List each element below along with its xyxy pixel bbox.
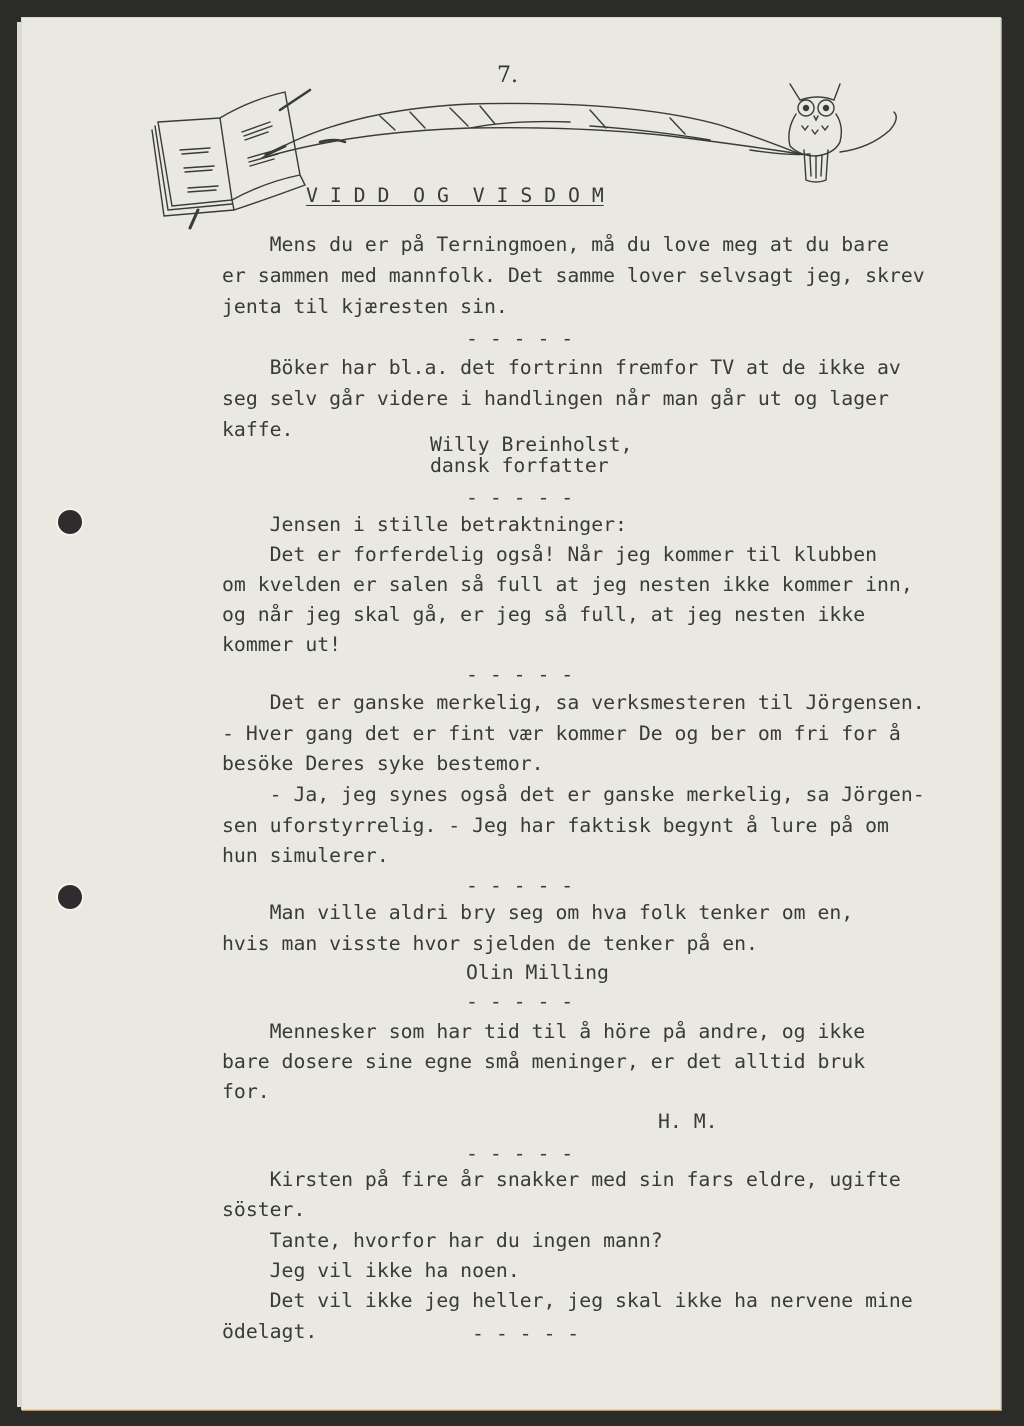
separator: - - - - - bbox=[466, 1142, 573, 1166]
text-line: jenta til kjæresten sin. bbox=[222, 295, 508, 319]
page-number: 7. bbox=[497, 64, 518, 88]
text-line: er sammen med mannfolk. Det samme lover … bbox=[222, 264, 925, 288]
text-line: Böker har bl.a. det fortrinn fremfor TV … bbox=[222, 356, 901, 380]
text-line: for. bbox=[222, 1080, 270, 1104]
text-line: ödelagt. bbox=[222, 1320, 317, 1344]
text-line: bare dosere sine egne små meninger, er d… bbox=[222, 1050, 865, 1074]
text-line: Jensen i stille betraktninger: bbox=[222, 513, 627, 537]
separator: - - - - - bbox=[466, 990, 573, 1014]
text-line: Kirsten på fire år snakker med sin fars … bbox=[222, 1168, 901, 1192]
attribution: dansk forfatter bbox=[430, 454, 609, 478]
text-line: sen uforstyrrelig. - Jeg har faktisk beg… bbox=[222, 814, 889, 838]
text-line: kommer ut! bbox=[222, 633, 341, 657]
text-line: Mennesker som har tid til å höre på andr… bbox=[222, 1020, 865, 1044]
text-line: Det vil ikke jeg heller, jeg skal ikke h… bbox=[222, 1289, 913, 1313]
text-line: besöke Deres syke bestemor. bbox=[222, 752, 544, 776]
text-line: seg selv går videre i handlingen når man… bbox=[222, 387, 889, 411]
text-line: - Ja, jeg synes også det er ganske merke… bbox=[222, 783, 925, 807]
separator: - - - - - bbox=[466, 663, 573, 687]
text-line: om kvelden er salen så full at jeg neste… bbox=[222, 573, 913, 597]
text-line: hvis man visste hvor sjelden de tenker p… bbox=[222, 932, 758, 956]
text-line: Det er ganske merkelig, sa verksmesteren… bbox=[222, 691, 925, 715]
text-line: Jeg vil ikke ha noen. bbox=[222, 1259, 520, 1283]
text-line: - Hver gang det er fint vær kommer De og… bbox=[222, 722, 901, 746]
text-line: Det er forferdelig også! Når jeg kommer … bbox=[222, 543, 877, 567]
text-line: hun simulerer. bbox=[222, 844, 389, 868]
text-line: Man ville aldri bry seg om hva folk tenk… bbox=[222, 901, 853, 925]
text-line: söster. bbox=[222, 1198, 305, 1222]
separator: - - - - - bbox=[472, 1322, 579, 1346]
document-text: 7. V I D D O G V I S D O M Mens du er på… bbox=[0, 0, 1024, 1426]
text-line: Tante, hvorfor har du ingen mann? bbox=[222, 1229, 663, 1253]
separator: - - - - - bbox=[466, 327, 573, 351]
separator: - - - - - bbox=[466, 486, 573, 510]
page-title: V I D D O G V I S D O M bbox=[306, 184, 604, 208]
attribution: H. M. bbox=[658, 1110, 718, 1134]
attribution: Olin Milling bbox=[466, 961, 609, 985]
text-line: Mens du er på Terningmoen, må du love me… bbox=[222, 233, 889, 257]
text-line: og når jeg skal gå, er jeg så full, at j… bbox=[222, 603, 865, 627]
text-line: kaffe. bbox=[222, 418, 293, 442]
separator: - - - - - bbox=[466, 874, 573, 898]
